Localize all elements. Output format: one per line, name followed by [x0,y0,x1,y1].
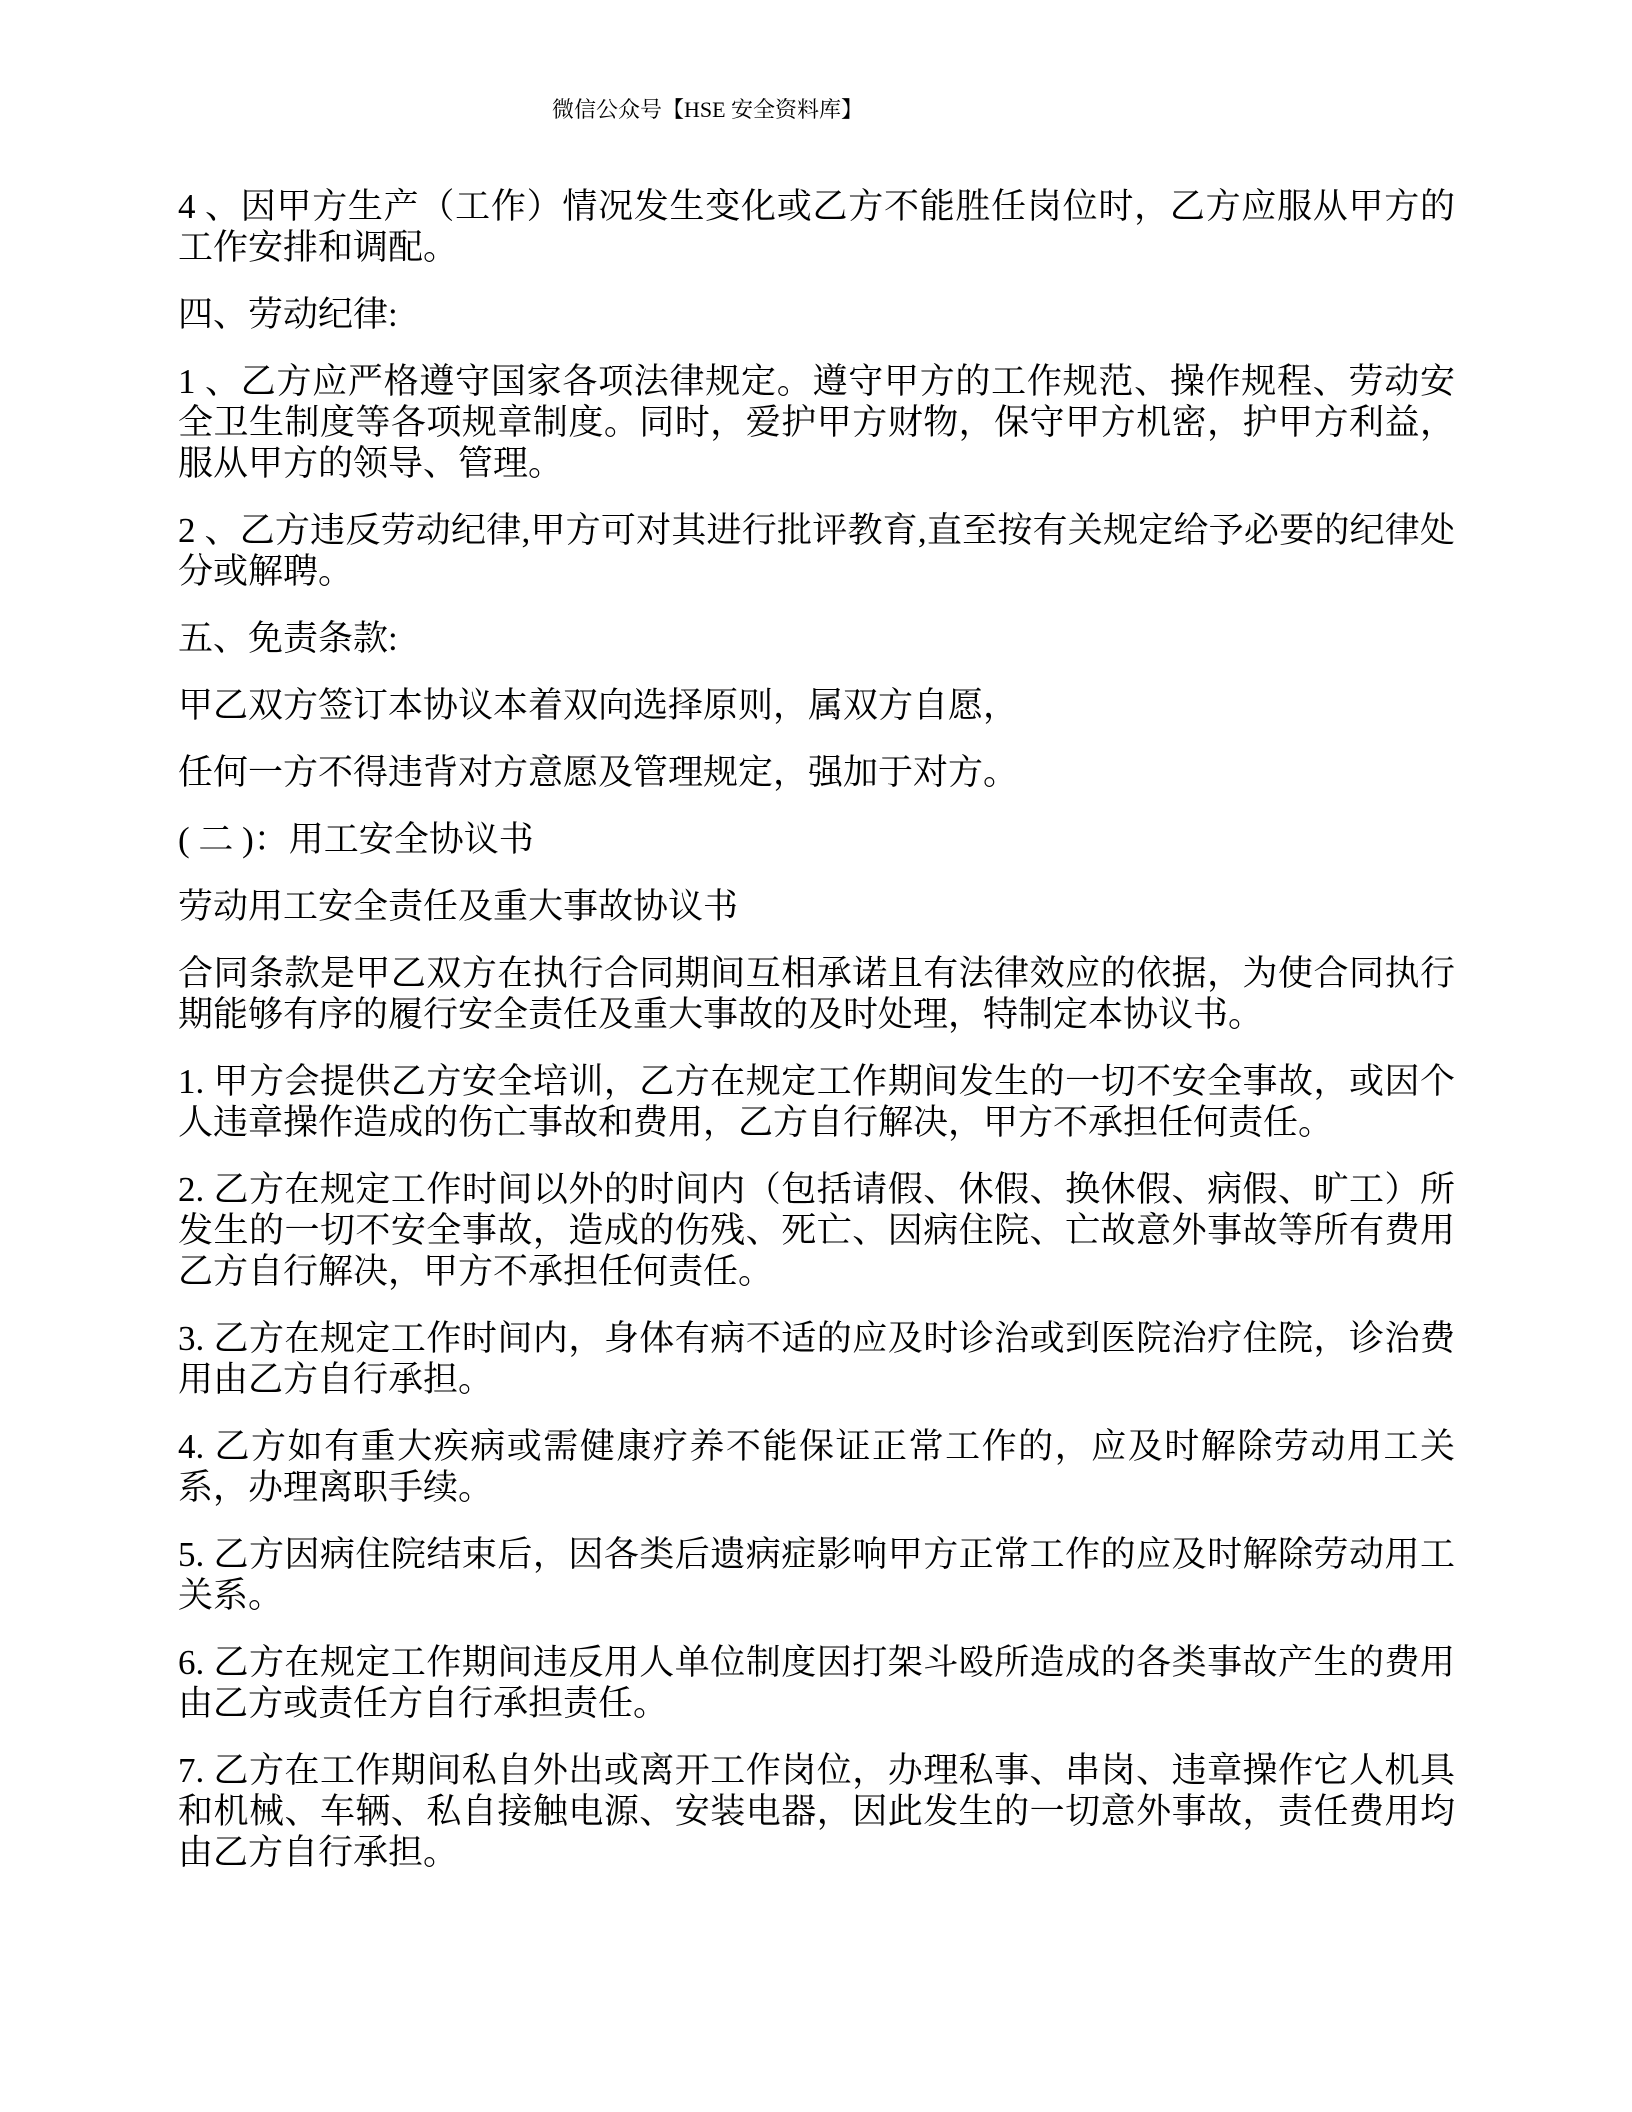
paragraph: 四、劳动纪律: [178,294,1455,335]
paragraph: 4. 乙方如有重大疾病或需健康疗养不能保证正常工作的，应及时解除劳动用工关系，办… [178,1426,1455,1508]
paragraph: 1. 甲方会提供乙方安全培训，乙方在规定工作期间发生的一切不安全事故，或因个人违… [178,1061,1455,1143]
paragraph: ( 二 )：用工安全协议书 [178,819,1455,860]
paragraph: 3. 乙方在规定工作时间内，身体有病不适的应及时诊治或到医院治疗住院，诊治费用由… [178,1318,1455,1400]
paragraph: 5. 乙方因病住院结束后，因各类后遗病症影响甲方正常工作的应及时解除劳动用工关系… [178,1534,1455,1616]
paragraph: 任何一方不得违背对方意愿及管理规定，强加于对方。 [178,752,1455,793]
paragraph: 7. 乙方在工作期间私自外出或离开工作岗位，办理私事、串岗、违章操作它人机具和机… [178,1750,1455,1873]
document-page: 微信公众号【HSE 安全资料库】 4 、因甲方生产（工作）情况发生变化或乙方不能… [0,0,1632,2112]
paragraph: 1 、乙方应严格遵守国家各项法律规定。遵守甲方的工作规范、操作规程、劳动安全卫生… [178,361,1455,484]
paragraph: 劳动用工安全责任及重大事故协议书 [178,886,1455,927]
paragraph: 4 、因甲方生产（工作）情况发生变化或乙方不能胜任岗位时，乙方应服从甲方的工作安… [178,186,1455,268]
paragraph: 合同条款是甲乙双方在执行合同期间互相承诺且有法律效应的依据，为使合同执行期能够有… [178,953,1455,1035]
paragraph: 2 、乙方违反劳动纪律,甲方可对其进行批评教育,直至按有关规定给予必要的纪律处分… [178,510,1455,592]
paragraph: 五、免责条款: [178,618,1455,659]
page-header-watermark: 微信公众号【HSE 安全资料库】 [69,97,1346,123]
paragraph: 甲乙双方签订本协议本着双向选择原则，属双方自愿， [178,685,1455,726]
document-body: 4 、因甲方生产（工作）情况发生变化或乙方不能胜任岗位时，乙方应服从甲方的工作安… [178,186,1455,1873]
paragraph: 6. 乙方在规定工作期间违反用人单位制度因打架斗殴所造成的各类事故产生的费用由乙… [178,1642,1455,1724]
paragraph: 2. 乙方在规定工作时间以外的时间内（包括请假、休假、换休假、病假、旷工）所发生… [178,1169,1455,1292]
